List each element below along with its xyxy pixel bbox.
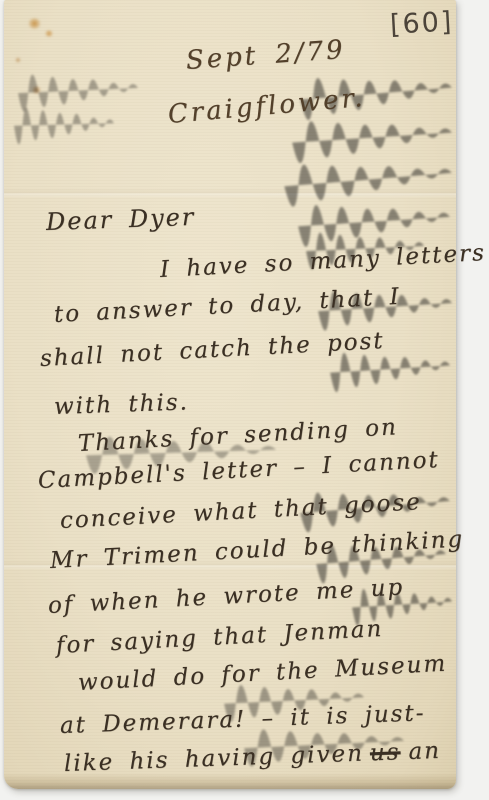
letter-line-last: like his having givenusan	[64, 740, 442, 776]
paper-bottom-shadow	[4, 773, 456, 789]
letter-line: of when he wrote me up	[47, 576, 404, 618]
letter-line: with this.	[54, 391, 190, 419]
foxing-spot	[15, 57, 21, 63]
place-line: Craigflower.	[167, 85, 366, 128]
foxing-spot	[45, 30, 53, 37]
struck-word: us	[369, 739, 401, 766]
salutation: Dear Dyer	[46, 205, 196, 234]
letter-line: I have so many letters	[159, 242, 486, 282]
paper-crease	[4, 188, 456, 198]
last-line-pre: like his having given	[64, 741, 365, 777]
last-line-post: an	[408, 738, 441, 765]
letter-scan: [60] Sept 2/79 Craigflower. Dear Dyer I …	[0, 0, 489, 800]
letter-line: for saying that Jenman	[55, 618, 383, 658]
showthrough-ghost	[330, 356, 451, 381]
showthrough-ghost	[292, 122, 453, 151]
showthrough-ghost	[14, 114, 114, 133]
letter-line: conceive what that goose	[59, 491, 422, 533]
letter-line: Mr Trimen could be thinking	[49, 528, 464, 573]
showthrough-ghost	[18, 79, 139, 101]
letter-paper: [60] Sept 2/79 Craigflower. Dear Dyer I …	[4, 0, 456, 789]
showthrough-ghost	[298, 207, 451, 236]
foxing-spot	[28, 18, 41, 29]
date-line: Sept 2/79	[185, 37, 346, 74]
showthrough-ghost	[284, 163, 453, 196]
archival-number: [60]	[389, 6, 454, 40]
